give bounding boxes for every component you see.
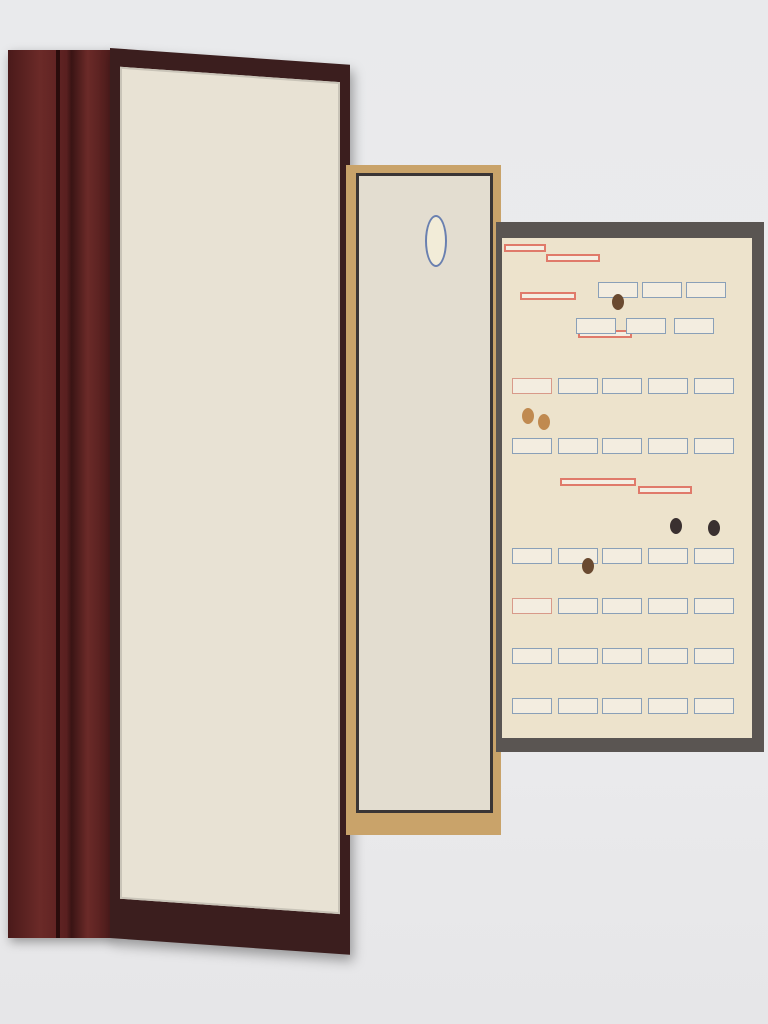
maker-seal-icon [425,215,447,267]
label-top-left [504,244,546,252]
label-orthopteres [546,254,600,262]
middle-lid-panel [356,173,493,813]
beetle-specimen-icon [708,520,720,536]
label-hemipteres [520,292,576,300]
label-coleopteres [638,486,692,494]
case-spine [8,50,114,938]
beetle-specimen-icon [670,518,682,534]
insect-specimen-icon [612,294,624,310]
butterfly-specimen-icon [522,408,534,424]
tray-panel [502,238,752,738]
left-lid-panel [120,67,340,914]
left-glazed-lid [110,48,350,955]
butterfly-specimen-icon [538,414,550,430]
label-main-title [560,478,636,486]
beetle-specimen-icon [582,558,594,574]
middle-glazed-lid [346,165,501,835]
specimen-tray [496,222,764,752]
